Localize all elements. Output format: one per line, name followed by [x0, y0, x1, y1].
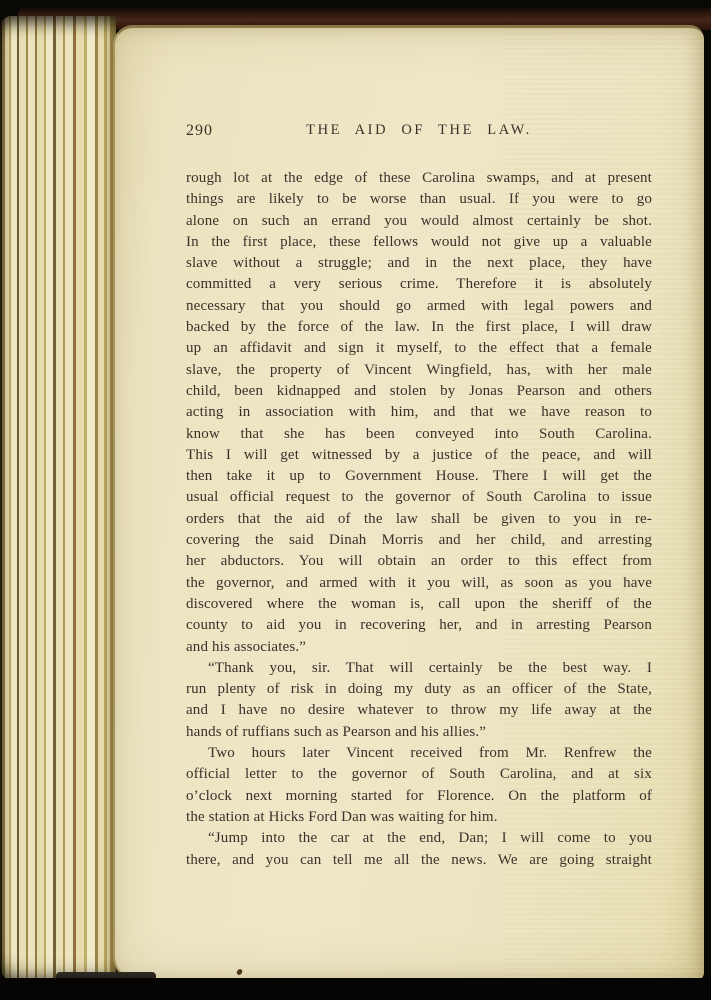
text-line: things are likely to be worse than usual… — [186, 189, 652, 210]
text-line: backed by the force of the law. In the f… — [186, 317, 652, 338]
text-line: covering the said Dinah Morris and her c… — [186, 530, 652, 551]
text-line: orders that the aid of the law shall be … — [186, 509, 652, 530]
text-line: child, been kidnapped and stolen by Jona… — [186, 381, 652, 402]
text-line: and his associates.” — [186, 637, 652, 658]
running-title: THE AID OF THE LAW. — [306, 122, 532, 138]
page-number: 290 — [186, 122, 213, 140]
text-line: and I have no desire whatever to throw m… — [186, 700, 652, 721]
text-line: slave, the property of Vincent Wingfield… — [186, 360, 652, 381]
text-block: rough lot at the edge of these Carolina … — [186, 168, 652, 871]
text-line: alone on such an errand you would almost… — [186, 211, 652, 232]
book-scan: 290 THE AID OF THE LAW. rough lot at the… — [0, 0, 711, 1000]
text-line: acting in association with him, and that… — [186, 402, 652, 423]
text-line: the station at Hicks Ford Dan was waitin… — [186, 807, 652, 828]
text-line: her abductors. You will obtain an order … — [186, 551, 652, 572]
bottom-black-band — [0, 978, 711, 1000]
text-line: Two hours later Vincent received from Mr… — [186, 743, 652, 764]
paragraph: “Jump into the car at the end, Dan; I wi… — [186, 828, 652, 871]
text-line: know that she has been conveyed into Sou… — [186, 424, 652, 445]
text-line: the governor, and armed with it you will… — [186, 573, 652, 594]
book-page: 290 THE AID OF THE LAW. rough lot at the… — [113, 25, 704, 982]
text-line: there, and you can tell me all the news.… — [186, 850, 652, 871]
text-line: run plenty of risk in doing my duty as a… — [186, 679, 652, 700]
text-line: “Thank you, sir. That will certainly be … — [186, 658, 652, 679]
ink-speck — [236, 968, 243, 975]
paragraph: rough lot at the edge of these Carolina … — [186, 168, 652, 658]
text-line: This I will get witnessed by a justice o… — [186, 445, 652, 466]
page-header: 290 THE AID OF THE LAW. — [186, 121, 652, 143]
text-line: up an affidavit and sign it myself, to t… — [186, 338, 652, 359]
page-stack-edges — [0, 16, 116, 986]
page-content: 290 THE AID OF THE LAW. rough lot at the… — [186, 121, 652, 871]
text-line: discovered where the woman is, call upon… — [186, 594, 652, 615]
paragraph: “Thank you, sir. That will certainly be … — [186, 658, 652, 743]
paragraph: Two hours later Vincent received from Mr… — [186, 743, 652, 828]
text-line: necessary that you should go armed with … — [186, 296, 652, 317]
text-line: hands of ruffians such as Pearson and hi… — [186, 722, 652, 743]
text-line: rough lot at the edge of these Carolina … — [186, 168, 652, 189]
text-line: “Jump into the car at the end, Dan; I wi… — [186, 828, 652, 849]
text-line: committed a very serious crime. Therefor… — [186, 274, 652, 295]
text-line: official letter to the governor of South… — [186, 764, 652, 785]
text-line: county to aid you in recovering her, and… — [186, 615, 652, 636]
text-line: then take it up to Government House. The… — [186, 466, 652, 487]
text-line: usual official request to the governor o… — [186, 487, 652, 508]
text-line: o’clock next morning started for Florenc… — [186, 786, 652, 807]
text-line: slave without a struggle; and in the nex… — [186, 253, 652, 274]
text-line: In the first place, these fellows would … — [186, 232, 652, 253]
